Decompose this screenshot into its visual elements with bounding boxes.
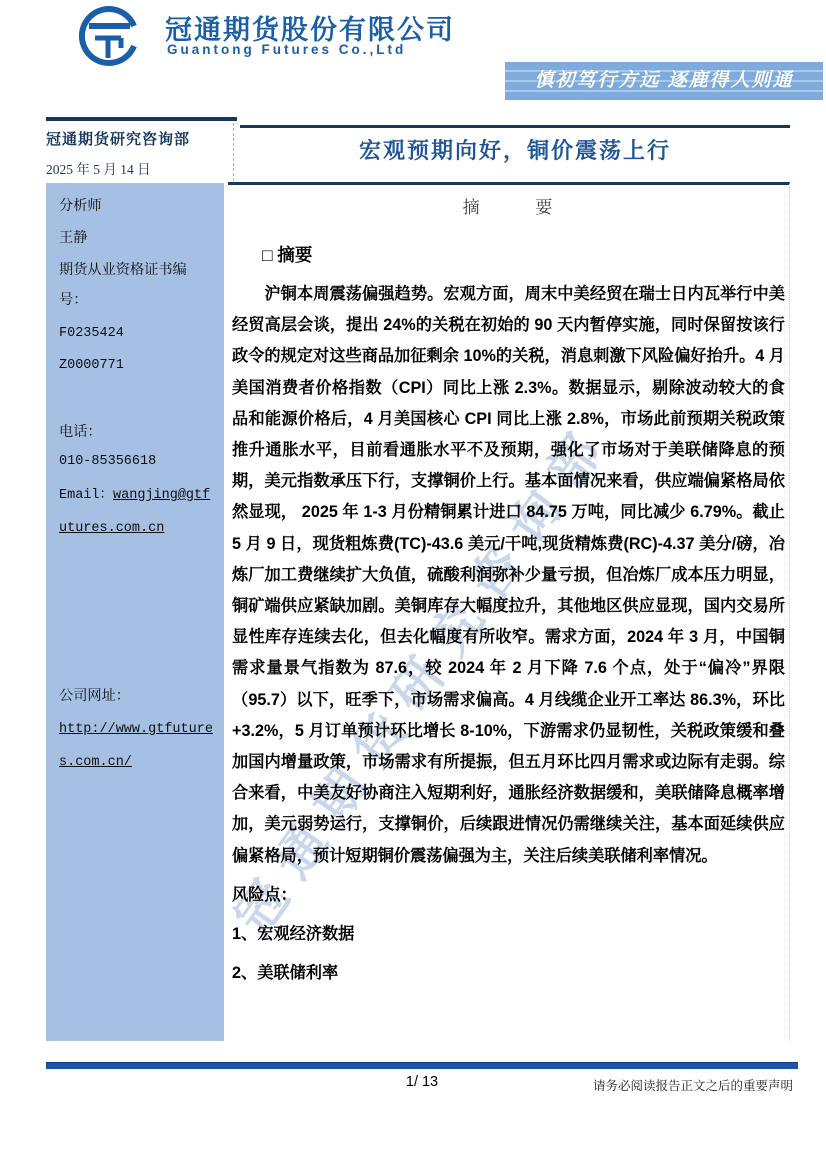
header-rule-left: [46, 117, 237, 121]
analyst-name: 王静: [59, 223, 213, 253]
email-row: Email：wangjing@gtfutures.com.cn: [59, 479, 213, 545]
report-title: 宏观预期向好，铜价震荡上行: [240, 134, 790, 165]
guantong-logo-icon: [75, 4, 141, 68]
website-link[interactable]: http://www.gtfutures.com.cn/: [59, 722, 213, 770]
header-divider: [233, 123, 234, 181]
analyst-label: 分析师: [59, 191, 213, 221]
slogan-banner: 慎初笃行方远 逐鹿得人则通: [505, 62, 823, 100]
cert-label: 期货从业资格证书编号：: [59, 255, 213, 315]
report-page: 冠通期货股份有限公司 Guantong Futures Co.,Ltd 慎初笃行…: [0, 0, 826, 1169]
phone-number: 010-85356618: [59, 447, 213, 477]
summary-section-title: □ 摘要: [262, 242, 789, 267]
report-body: 摘 要 □ 摘要 沪铜本周震荡偏强趋势。宏观方面，周末中美经贸在瑞士日内瓦举行中…: [228, 182, 790, 1042]
cert-number: Z0000771: [59, 351, 213, 381]
phone-label: 电话：: [59, 417, 213, 447]
footer-rule: [46, 1062, 798, 1069]
email-label: Email：: [59, 488, 113, 503]
risk-section: 风险点： 1、宏观经济数据 2、美联储利率: [232, 876, 789, 993]
header-rule-right: [240, 125, 790, 128]
company-name-en: Guantong Futures Co.,Ltd: [167, 42, 406, 57]
website-label: 公司网址：: [59, 681, 213, 711]
summary-heading: 摘 要: [228, 193, 789, 218]
risk-heading: 风险点：: [232, 876, 789, 915]
risk-item: 2、美联储利率: [232, 954, 789, 993]
analyst-sidebar: 分析师 王静 期货从业资格证书编号： F0235424 Z0000771 电话：…: [46, 183, 224, 1041]
cert-number: F0235424: [59, 319, 213, 349]
department-name: 冠通期货研究咨询部: [46, 128, 190, 149]
risk-item: 1、宏观经济数据: [232, 915, 789, 954]
footer-disclaimer: 请务必阅读报告正文之后的重要声明: [593, 1076, 793, 1094]
summary-paragraph: 沪铜本周震荡偏强趋势。宏观方面，周末中美经贸在瑞士日内瓦举行中美经贸高层会谈，提…: [232, 279, 785, 872]
website-row: http://www.gtfutures.com.cn/: [59, 713, 213, 779]
report-date: 2025 年 5 月 14 日: [46, 158, 151, 178]
